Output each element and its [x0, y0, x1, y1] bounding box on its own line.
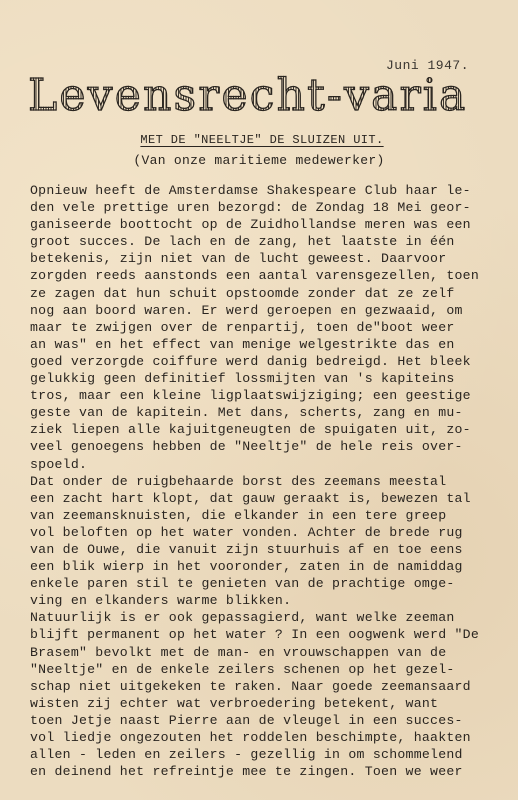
text-line: van zeemansknuisten, die elkander in een… — [30, 507, 510, 524]
text-line: ving en elkanders warme blikken. — [30, 592, 510, 609]
text-line: Dat onder de ruigbehaarde borst des zeem… — [30, 473, 510, 490]
text-line: toen Jetje naast Pierre aan de vleugel i… — [30, 712, 510, 729]
text-line: vol beloften op het water vonden. Achter… — [30, 524, 510, 541]
text-line: enkele paren stil te genieten van de pra… — [30, 575, 510, 592]
text-line: Natuurlijk is er ook gepassagierd, want … — [30, 609, 510, 626]
text-line: den vele prettige uren bezorgd: de Zonda… — [30, 199, 510, 216]
byline: (Van onze maritieme medewerker) — [0, 153, 518, 168]
article-headline: MET DE "NEELTJE" DE SLUIZEN UIT. — [0, 133, 518, 147]
text-line: groot succes. De lach en de zang, het la… — [30, 233, 510, 250]
text-line: van de Ouwe, die vanuit zijn stuurhuis a… — [30, 541, 510, 558]
text-line: ziek liepen alle kajuitgeneugten de spui… — [30, 421, 510, 438]
masthead-title: Levensrecht-varia — [28, 68, 494, 124]
text-line: betekenis, zijn niet van de lucht gewees… — [30, 250, 510, 267]
article-headline-text: MET DE "NEELTJE" DE SLUIZEN UIT. — [134, 133, 383, 147]
text-line: geste van de kapitein. Met dans, scherts… — [30, 404, 510, 421]
text-line: maar te zwijgen over de renpartij, toen … — [30, 319, 510, 336]
text-line: goed verzorgde coiffure werd danig bedre… — [30, 353, 510, 370]
text-line: wisten zij echter wat verbroedering bete… — [30, 695, 510, 712]
text-line: ganiseerde boottocht op de Zuidhollandse… — [30, 216, 510, 233]
text-line: blijft permanent op het water ? In een o… — [30, 626, 510, 643]
text-line: Brasem" bevolkt met de man- en vrouwscha… — [30, 644, 510, 661]
text-line: Opnieuw heeft de Amsterdamse Shakespeare… — [30, 182, 510, 199]
text-line: zorgden reeds aanstonds een aantal varen… — [30, 267, 510, 284]
text-line: "Neeltje" en de enkele zeilers schenen o… — [30, 661, 510, 678]
text-line: schap niet uitgekeken te raken. Naar goe… — [30, 678, 510, 695]
text-line: nog aan boord waren. Er werd geroepen en… — [30, 302, 510, 319]
text-line: een zacht hart klopt, dat gauw geraakt i… — [30, 490, 510, 507]
text-line: een blik wierp in het vooronder, zaten i… — [30, 558, 510, 575]
text-line: an was" en het effect van menige welgest… — [30, 336, 510, 353]
typewritten-page: Juni 1947. Levensrecht-varia MET DE "NEE… — [0, 0, 518, 800]
text-line: allen - leden en zeilers - gezellig in o… — [30, 746, 510, 763]
text-line: spoeld. — [30, 456, 510, 473]
article-body: Opnieuw heeft de Amsterdamse Shakespeare… — [30, 182, 510, 780]
text-line: veel genoegens hebben de "Neeltje" de he… — [30, 438, 510, 455]
text-line: en deinend het refreintje mee te zingen.… — [30, 763, 510, 780]
text-line: ze zagen dat hun schuit opstoomde zonder… — [30, 285, 510, 302]
text-line: gelukkig geen definitief lossmijten van … — [30, 370, 510, 387]
text-line: vol liedje ongezouten het roddelen besch… — [30, 729, 510, 746]
text-line: tros, maar een kleine ligplaatswijziging… — [30, 387, 510, 404]
